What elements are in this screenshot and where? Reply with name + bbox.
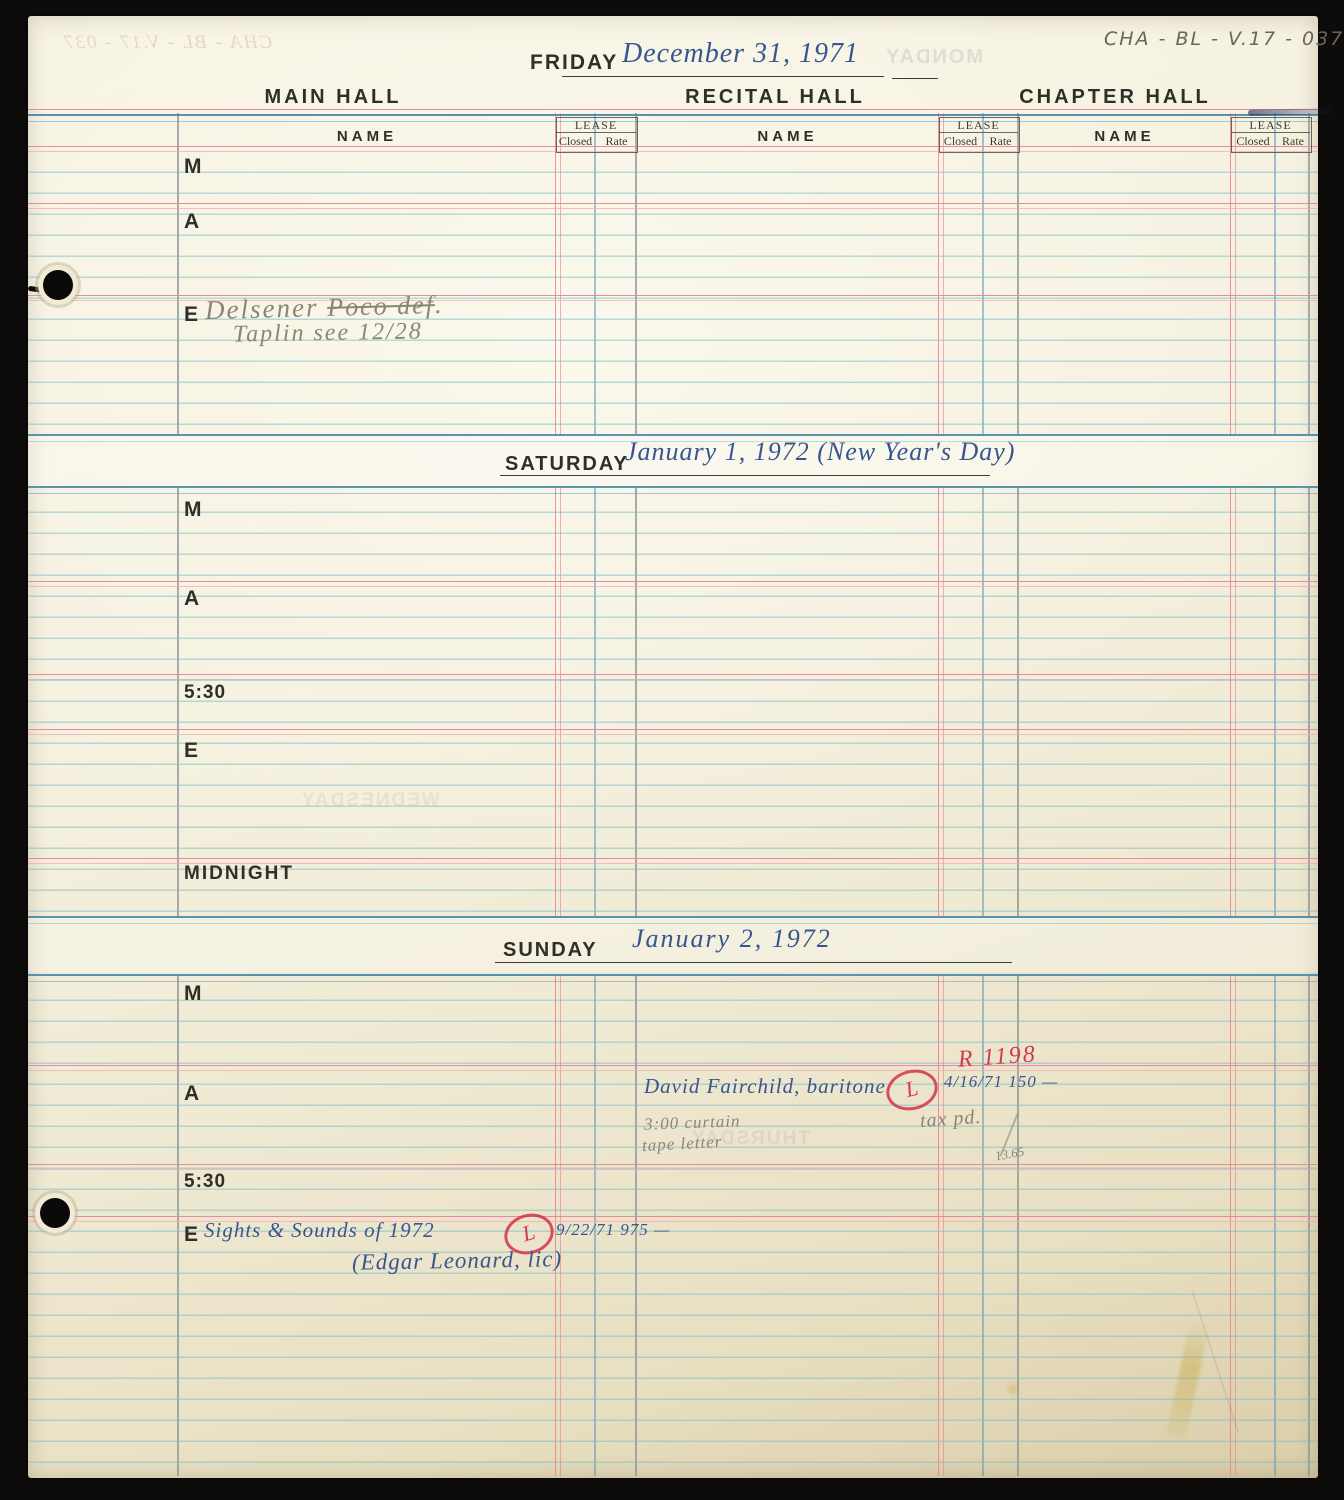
row-label-sunday-e: E (184, 1223, 198, 1247)
lease-mark-letter: L (903, 1075, 921, 1102)
lease-closed-main: Closed (556, 134, 595, 149)
lease-closed-recital: Closed (939, 134, 982, 149)
row-label-saturday-530: 5:30 (184, 682, 226, 704)
column-header-name-main: NAME (178, 128, 556, 145)
lease-rate-chapter: Rate (1276, 134, 1310, 149)
lease-header-main: LEASE (556, 118, 636, 133)
entry-sunday-main-name: Sights & Sounds of 1972 (204, 1218, 435, 1243)
lease-closed-chapter: Closed (1231, 134, 1275, 149)
heavy-blue-rule (28, 114, 1318, 122)
hall-title-recital: RECITAL HALL (650, 86, 900, 109)
bleedthrough-wednesday-text: WEDNESDAY (300, 790, 440, 812)
hall-title-main: MAIN HALL (228, 86, 438, 109)
scanned-ledger-page: CHA - BL - V.17 - 037 MONDAY CHA - BL - … (0, 0, 1344, 1500)
entry-sunday-main-date-amount: 9/22/71 975 — (556, 1220, 670, 1240)
date-underline (495, 962, 1012, 963)
ruled-lines (28, 492, 1318, 916)
archive-reference: CHA - BL - V.17 - 037 (1104, 28, 1344, 50)
hall-title-chapter: CHAPTER HALL (990, 86, 1240, 109)
day-label-saturday: SATURDAY (505, 453, 629, 476)
bleedthrough-ref-text: CHA - BL - V.17 - 037 (62, 32, 272, 54)
lease-rate-recital: Rate (983, 134, 1018, 149)
lease-header-chapter: LEASE (1231, 118, 1310, 133)
row-label-saturday-midnight: MIDNIGHT (184, 863, 294, 885)
row-label-friday-m: M (184, 155, 202, 179)
row-label-sunday-530: 5:30 (184, 1171, 226, 1193)
punch-hole-bottom (40, 1198, 70, 1228)
row-label-sunday-m: M (184, 982, 202, 1006)
row-label-sunday-a: A (184, 1082, 199, 1106)
date-friday-handwritten: December 31, 1971 (622, 38, 859, 70)
date-saturday-handwritten: January 1, 1972 (New Year's Day) (625, 437, 1015, 467)
entry-curtain-note: 3:00 curtain (644, 1111, 741, 1134)
bleedthrough-monday-text: MONDAY (884, 46, 983, 69)
date-underline (500, 475, 990, 476)
ink-smear (1248, 108, 1332, 115)
row-label-saturday-m: M (184, 498, 202, 522)
entry-struck-text: Poco def (327, 290, 435, 322)
column-header-name-chapter: NAME (1018, 128, 1231, 145)
lease-mark-letter: L (519, 1219, 538, 1246)
entry-sunday-recital-date-amount: 4/16/71 150 — (944, 1072, 1058, 1092)
date-underline (892, 78, 938, 79)
row-label-saturday-e: E (184, 739, 198, 763)
column-header-name-recital: NAME (636, 128, 939, 145)
entry-friday-note: Taplin see 12/28 (233, 318, 423, 348)
day-label-friday: FRIDAY (530, 51, 618, 75)
punch-hole-top (43, 270, 73, 300)
row-label-friday-a: A (184, 210, 199, 234)
entry-tax-note: tax pd. (919, 1106, 982, 1133)
lease-header-recital: LEASE (939, 118, 1018, 133)
entry-register-number: R 1198 (957, 1041, 1038, 1073)
entry-tape-note: tape letter (642, 1132, 723, 1156)
lease-divider (1231, 132, 1310, 133)
day-label-sunday: SUNDAY (503, 939, 598, 962)
date-sunday-handwritten: January 2, 1972 (632, 924, 832, 954)
entry-period: . (434, 289, 444, 319)
entry-sunday-main-licensee: (Edgar Leonard, lic) (352, 1246, 563, 1276)
lease-divider (939, 132, 1018, 133)
stain-yellow-dot (1006, 1380, 1020, 1398)
date-underline (562, 76, 884, 77)
lease-rate-main: Rate (597, 134, 636, 149)
ruled-lines (28, 152, 1318, 434)
row-label-friday-e: E (184, 303, 198, 327)
entry-sunday-recital-name: David Fairchild, baritone (644, 1074, 886, 1099)
row-label-saturday-a: A (184, 587, 199, 611)
lease-divider (556, 132, 636, 133)
